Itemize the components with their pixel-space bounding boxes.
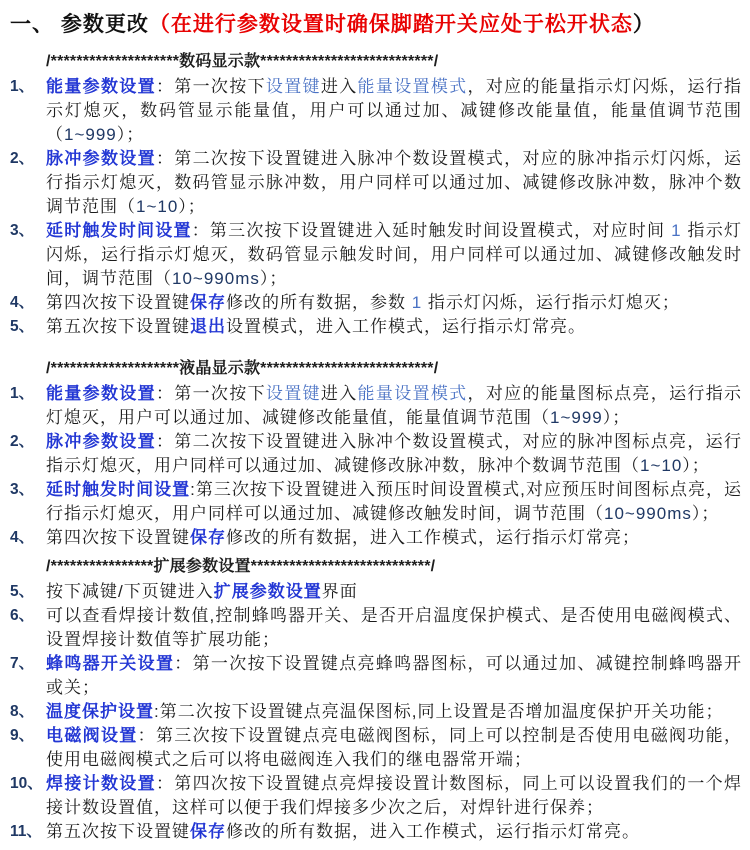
- term-highlight: 退出: [190, 317, 226, 336]
- text-segment: ：第三次按下设置键进入延时触发时间设置模式，对应时间: [192, 221, 671, 240]
- item-text: 可以查看焊接计数值,控制蜂鸣器开关、是否开启温度保护模式、是否使用电磁阀模式、设…: [46, 604, 744, 652]
- item-number: 1、: [10, 382, 46, 406]
- text-segment: ）；: [260, 269, 288, 288]
- value-range: 10~990ms: [172, 269, 260, 288]
- term-link-text: 设置键: [266, 77, 321, 96]
- item-text: 脉冲参数设置：第二次按下设置键进入脉冲个数设置模式，对应的脉冲指示灯闪烁，运行指…: [46, 147, 744, 219]
- text-segment: 修改的所有数据，进入工作模式，运行指示灯常亮；: [226, 528, 640, 547]
- item-number: 5、: [10, 580, 46, 604]
- item-number: 6、: [10, 604, 46, 628]
- list-item: 6、可以查看焊接计数值,控制蜂鸣器开关、是否开启温度保护模式、是否使用电磁阀模式…: [10, 604, 744, 652]
- text-segment: 指示灯闪烁，运行指示灯熄灭；: [422, 293, 680, 312]
- list-item: 11、第五次按下设置键保存修改的所有数据，进入工作模式，运行指示灯常亮。: [10, 820, 744, 844]
- item-text: 脉冲参数设置：第二次按下设置键进入脉冲个数设置模式，对应的脉冲图标点亮，运行指示…: [46, 430, 744, 478]
- term-link-text: 1: [671, 221, 681, 240]
- text-segment: ）；: [603, 408, 631, 427]
- document-body: /********************数码显示款**************…: [10, 50, 744, 844]
- text-segment: :第二次按下设置键点亮温保图标,同上设置是否增加温度保护开关功能；: [154, 702, 723, 721]
- text-segment: 进入: [321, 384, 358, 403]
- term-highlight: 延时触发时间设置: [46, 221, 192, 240]
- item-text: 第五次按下设置键保存修改的所有数据，进入工作模式，运行指示灯常亮。: [46, 820, 744, 844]
- text-segment: 第四次按下设置键: [46, 293, 190, 312]
- term-highlight: 蜂鸣器开关设置: [46, 654, 174, 673]
- list-item: 10、焊接计数设置：第四次按下设置键点亮焊接设置计数图标，同上可以设置我们的一个…: [10, 772, 744, 820]
- item-number: 8、: [10, 700, 46, 724]
- term-highlight: 保存: [190, 293, 226, 312]
- term-highlight: 焊接计数设置: [46, 774, 156, 793]
- text-segment: 设置模式，进入工作模式，运行指示灯常亮。: [226, 317, 586, 336]
- value-range: 1~999: [550, 408, 603, 427]
- text-segment: ）；: [117, 125, 145, 144]
- text-segment: 可以查看焊接计数值,控制蜂鸣器开关、是否开启温度保护模式、是否使用电磁阀模式、设…: [46, 606, 742, 649]
- text-segment: ）；: [178, 197, 206, 216]
- list-item: 2、脉冲参数设置：第二次按下设置键进入脉冲个数设置模式，对应的脉冲图标点亮，运行…: [10, 430, 744, 478]
- term-highlight: 温度保护设置: [46, 702, 154, 721]
- text-segment: 第四次按下设置键: [46, 528, 190, 547]
- list-item: 9、电磁阀设置：第三次按下设置键点亮电磁阀图标，同上可以控制是否使用电磁阀功能，…: [10, 724, 744, 772]
- term-highlight: 电磁阀设置: [46, 726, 138, 745]
- item-text: 延时触发时间设置:第三次按下设置键进入预压时间设置模式,对应预压时间图标点亮，运…: [46, 478, 744, 526]
- term-highlight: 保存: [190, 528, 226, 547]
- item-text: 延时触发时间设置：第三次按下设置键进入延时触发时间设置模式，对应时间 1 指示灯…: [46, 219, 744, 291]
- item-number: 3、: [10, 219, 46, 243]
- item-number: 4、: [10, 526, 46, 550]
- text-segment: 按下减键/下页键进入: [46, 582, 214, 601]
- text-segment: ）: [633, 13, 655, 36]
- text-segment: 第五次按下设置键: [46, 822, 190, 841]
- item-number: 2、: [10, 147, 46, 171]
- term-highlight: 脉冲参数设置: [46, 149, 156, 168]
- item-number: 7、: [10, 652, 46, 676]
- item-text: 电磁阀设置：第三次按下设置键点亮电磁阀图标，同上可以控制是否使用电磁阀功能，使用…: [46, 724, 744, 772]
- section-header: /********************液晶显示款**************…: [46, 357, 744, 381]
- term-highlight: 能量参数设置: [46, 384, 156, 403]
- item-text: 能量参数设置：第一次按下设置键进入能量设置模式，对应的能量指示灯闪烁，运行指示灯…: [46, 75, 744, 147]
- item-text: 温度保护设置:第二次按下设置键点亮温保图标,同上设置是否增加温度保护开关功能；: [46, 700, 744, 724]
- term-highlight: 延时触发时间设置: [46, 480, 190, 499]
- list-item: 2、脉冲参数设置：第二次按下设置键进入脉冲个数设置模式，对应的脉冲指示灯闪烁，运…: [10, 147, 744, 219]
- text-segment: 界面: [322, 582, 358, 601]
- value-range: 10~990ms: [604, 504, 692, 523]
- item-number: 4、: [10, 291, 46, 315]
- item-number: 9、: [10, 724, 46, 748]
- list-item: 7、蜂鸣器开关设置：第一次按下设置键点亮蜂鸣器图标，可以通过加、减键控制蜂鸣器开…: [10, 652, 744, 700]
- list-item: 4、第四次按下设置键保存修改的所有数据，参数 1 指示灯闪烁，运行指示灯熄灭；: [10, 291, 744, 315]
- text-segment: 修改的所有数据，参数: [226, 293, 412, 312]
- text-segment: 进入: [321, 77, 358, 96]
- term-link-text: 能量设置模式: [358, 77, 468, 96]
- list-item: 3、延时触发时间设置:第三次按下设置键进入预压时间设置模式,对应预压时间图标点亮…: [10, 478, 744, 526]
- item-text: 第四次按下设置键保存修改的所有数据，进入工作模式，运行指示灯常亮；: [46, 526, 744, 550]
- text-segment: ：第一次按下: [156, 77, 266, 96]
- page-title: 一、 参数更改（在进行参数设置时确保脚踏开关应处于松开状态）: [10, 10, 744, 40]
- warning-text: （在进行参数设置时确保脚踏开关应处于松开状态: [149, 13, 633, 36]
- item-text: 能量参数设置：第一次按下设置键进入能量设置模式，对应的能量图标点亮，运行指示灯熄…: [46, 382, 744, 430]
- list-item: 1、能量参数设置：第一次按下设置键进入能量设置模式，对应的能量指示灯闪烁，运行指…: [10, 75, 744, 147]
- list-item: 5、第五次按下设置键退出设置模式，进入工作模式，运行指示灯常亮。: [10, 315, 744, 339]
- item-text: 焊接计数设置：第四次按下设置键点亮焊接设置计数图标，同上可以设置我们的一个焊接计…: [46, 772, 744, 820]
- item-number: 2、: [10, 430, 46, 454]
- term-highlight: 脉冲参数设置: [46, 432, 156, 451]
- list-item: 8、温度保护设置:第二次按下设置键点亮温保图标,同上设置是否增加温度保护开关功能…: [10, 700, 744, 724]
- text-segment: 一、 参数更改: [10, 13, 149, 36]
- item-text: 第四次按下设置键保存修改的所有数据，参数 1 指示灯闪烁，运行指示灯熄灭；: [46, 291, 744, 315]
- list-item: 4、第四次按下设置键保存修改的所有数据，进入工作模式，运行指示灯常亮；: [10, 526, 744, 550]
- section-header: /********************数码显示款**************…: [46, 50, 744, 74]
- term-highlight: 能量参数设置: [46, 77, 156, 96]
- value-range: 1~10: [136, 197, 178, 216]
- text-segment: ：第三次按下设置键点亮电磁阀图标，同上可以控制是否使用电磁阀功能，使用电磁阀模式…: [46, 726, 742, 769]
- term-link-text: 1: [412, 293, 422, 312]
- document-page: 一、 参数更改（在进行参数设置时确保脚踏开关应处于松开状态） /********…: [0, 0, 750, 844]
- text-segment: ）；: [682, 456, 710, 475]
- item-number: 1、: [10, 75, 46, 99]
- item-text: 第五次按下设置键退出设置模式，进入工作模式，运行指示灯常亮。: [46, 315, 744, 339]
- item-text: 按下减键/下页键进入扩展参数设置界面: [46, 580, 744, 604]
- term-highlight: 扩展参数设置: [214, 582, 322, 601]
- text-segment: ）；: [692, 504, 720, 523]
- term-link-text: 设置键: [266, 384, 321, 403]
- value-range: 1~999: [64, 125, 117, 144]
- term-link-text: 能量设置模式: [358, 384, 468, 403]
- text-segment: 第五次按下设置键: [46, 317, 190, 336]
- list-item: 1、能量参数设置：第一次按下设置键进入能量设置模式，对应的能量图标点亮，运行指示…: [10, 382, 744, 430]
- item-number: 10、: [10, 772, 46, 796]
- item-number: 3、: [10, 478, 46, 502]
- list-item: 3、延时触发时间设置：第三次按下设置键进入延时触发时间设置模式，对应时间 1 指…: [10, 219, 744, 291]
- text-segment: 修改的所有数据，进入工作模式，运行指示灯常亮。: [226, 822, 640, 841]
- value-range: 1~10: [640, 456, 682, 475]
- item-number: 11、: [10, 820, 46, 844]
- list-item: 5、按下减键/下页键进入扩展参数设置界面: [10, 580, 744, 604]
- section-header: /****************扩展参数设置*****************…: [46, 555, 744, 579]
- term-highlight: 保存: [190, 822, 226, 841]
- item-text: 蜂鸣器开关设置：第一次按下设置键点亮蜂鸣器图标，可以通过加、减键控制蜂鸣器开或关…: [46, 652, 744, 700]
- text-segment: ：第一次按下: [156, 384, 266, 403]
- item-number: 5、: [10, 315, 46, 339]
